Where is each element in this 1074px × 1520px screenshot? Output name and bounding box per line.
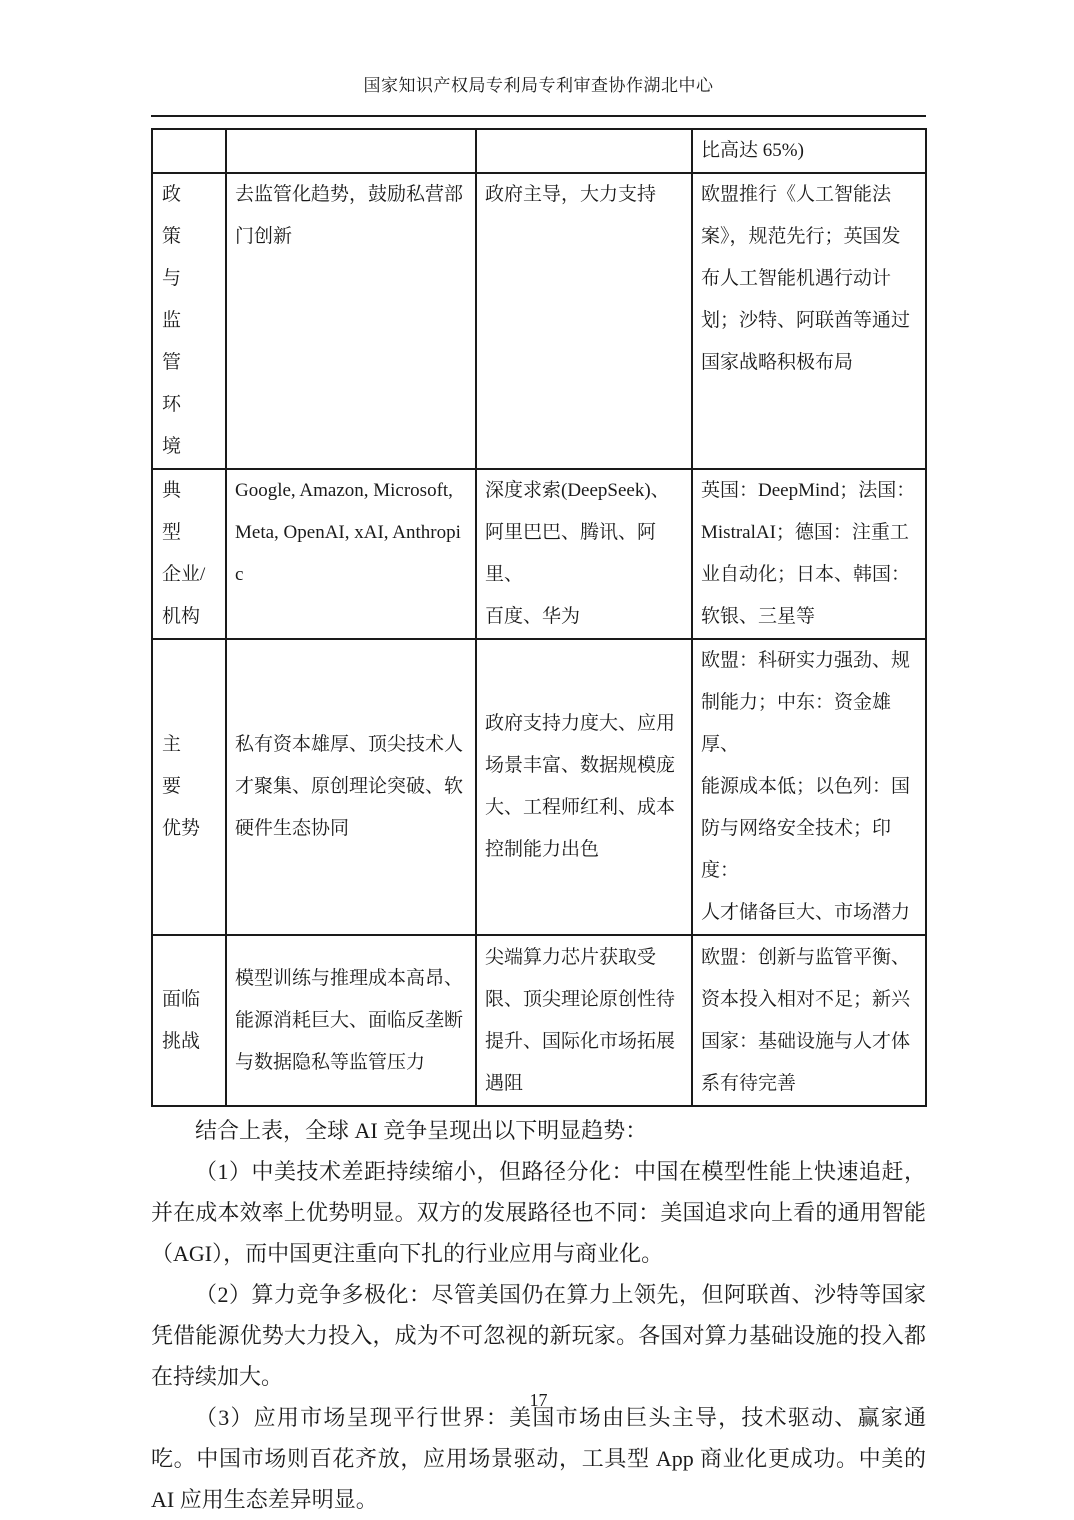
body-paragraph: 结合上表，全球 AI 竞争呈现出以下明显趋势：	[151, 1110, 926, 1151]
table-cell: 去监管化趋势，鼓励私营部 门创新	[226, 173, 476, 469]
table-row: 政 策 与 监 管 环 境 去监管化趋势，鼓励私营部 门创新 政府主导，大力支持…	[152, 173, 926, 469]
table-cell: 政府主导，大力支持	[476, 173, 692, 469]
table-cell	[476, 129, 692, 173]
table-cell: 模型训练与推理成本高昂、 能源消耗巨大、面临反垄断 与数据隐私等监管压力	[226, 935, 476, 1106]
table-row: 典 型 企业/ 机构 Google, Amazon, Microsoft, Me…	[152, 469, 926, 639]
table-cell: 尖端算力芯片获取受 限、顶尖理论原创性待 提升、国际化市场拓展 遇阻	[476, 935, 692, 1106]
table-cell: 英国：DeepMind；法国： MistralAI；德国：注重工 业自动化；日本…	[692, 469, 926, 639]
body-paragraph: （2）算力竞争多极化：尽管美国仍在算力上领先，但阿联酋、沙特等国家凭借能源优势大…	[151, 1274, 926, 1397]
table-cell: 私有资本雄厚、顶尖技术人 才聚集、原创理论突破、软 硬件生态协同	[226, 639, 476, 935]
page-content: 比高达 65%) 政 策 与 监 管 环 境 去监管化趋势，鼓励私营部 门创新 …	[151, 128, 926, 1520]
table-cell	[152, 129, 226, 173]
table-cell: 比高达 65%)	[692, 129, 926, 173]
body-paragraph: （1）中美技术差距持续缩小，但路径分化：中国在模型性能上快速追赶，并在成本效率上…	[151, 1151, 926, 1274]
table-row: 主 要 优势 私有资本雄厚、顶尖技术人 才聚集、原创理论突破、软 硬件生态协同 …	[152, 639, 926, 935]
table-cell: 欧盟：科研实力强劲、规 制能力；中东：资金雄厚、 能源成本低；以色列：国 防与网…	[692, 639, 926, 935]
header-rule	[151, 115, 926, 117]
table-cell: Google, Amazon, Microsoft, Meta, OpenAI,…	[226, 469, 476, 639]
document-page: 国家知识产权局专利局专利审查协作湖北中心 比高达 65%) 政 策 与 监 管 …	[0, 0, 1074, 1520]
table-cell	[226, 129, 476, 173]
body-text: 结合上表，全球 AI 竞争呈现出以下明显趋势： （1）中美技术差距持续缩小，但路…	[151, 1110, 926, 1520]
page-header-title: 国家知识产权局专利局专利审查协作湖北中心	[151, 74, 926, 98]
table-cell: 欧盟推行《人工智能法 案》，规范先行；英国发 布人工智能机遇行动计 划；沙特、阿…	[692, 173, 926, 469]
table-cell: 欧盟：创新与监管平衡、 资本投入相对不足；新兴 国家：基础设施与人才体 系有待完…	[692, 935, 926, 1106]
table-cell: 主 要 优势	[152, 639, 226, 935]
ai-competition-table: 比高达 65%) 政 策 与 监 管 环 境 去监管化趋势，鼓励私营部 门创新 …	[151, 128, 927, 1107]
table-cell: 政 策 与 监 管 环 境	[152, 173, 226, 469]
table-cell: 典 型 企业/ 机构	[152, 469, 226, 639]
table-cell: 面临 挑战	[152, 935, 226, 1106]
table-row: 比高达 65%)	[152, 129, 926, 173]
table-cell: 深度求索(DeepSeek)、 阿里巴巴、腾讯、阿里、 百度、华为	[476, 469, 692, 639]
body-paragraph: （3）应用市场呈现平行世界：美国市场由巨头主导，技术驱动、赢家通吃。中国市场则百…	[151, 1397, 926, 1520]
table-cell: 政府支持力度大、应用 场景丰富、数据规模庞 大、工程师红利、成本 控制能力出色	[476, 639, 692, 935]
table-row: 面临 挑战 模型训练与推理成本高昂、 能源消耗巨大、面临反垄断 与数据隐私等监管…	[152, 935, 926, 1106]
page-number: 17	[151, 1390, 926, 1411]
